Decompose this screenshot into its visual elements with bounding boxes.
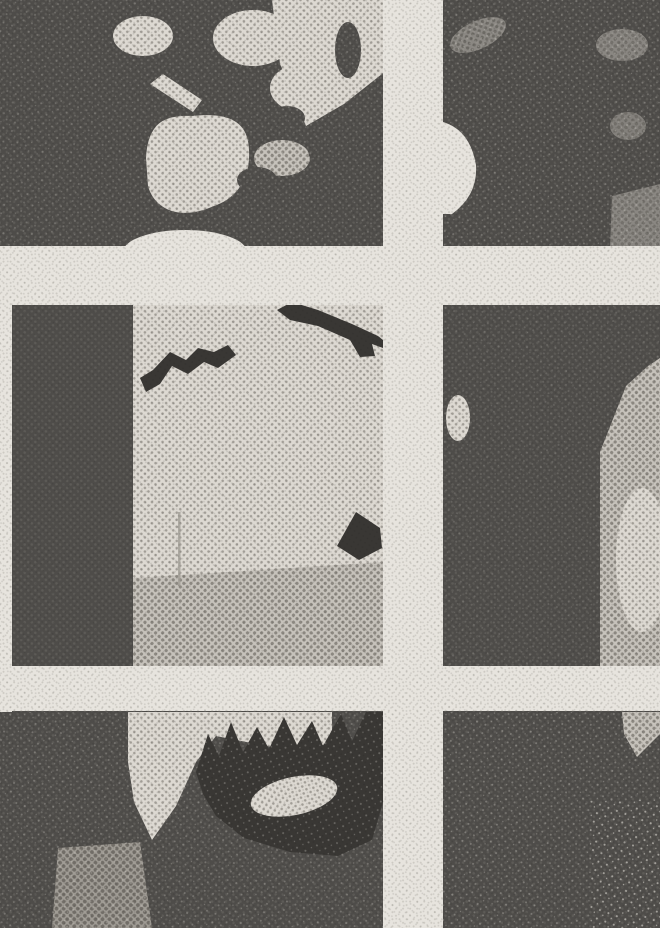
halftone-screen-overlay: [0, 0, 660, 928]
photo-canvas: Coarse black-and-white halftone newspape…: [0, 0, 660, 928]
halftone-newsprint-photo: Coarse black-and-white halftone newspape…: [0, 0, 660, 928]
